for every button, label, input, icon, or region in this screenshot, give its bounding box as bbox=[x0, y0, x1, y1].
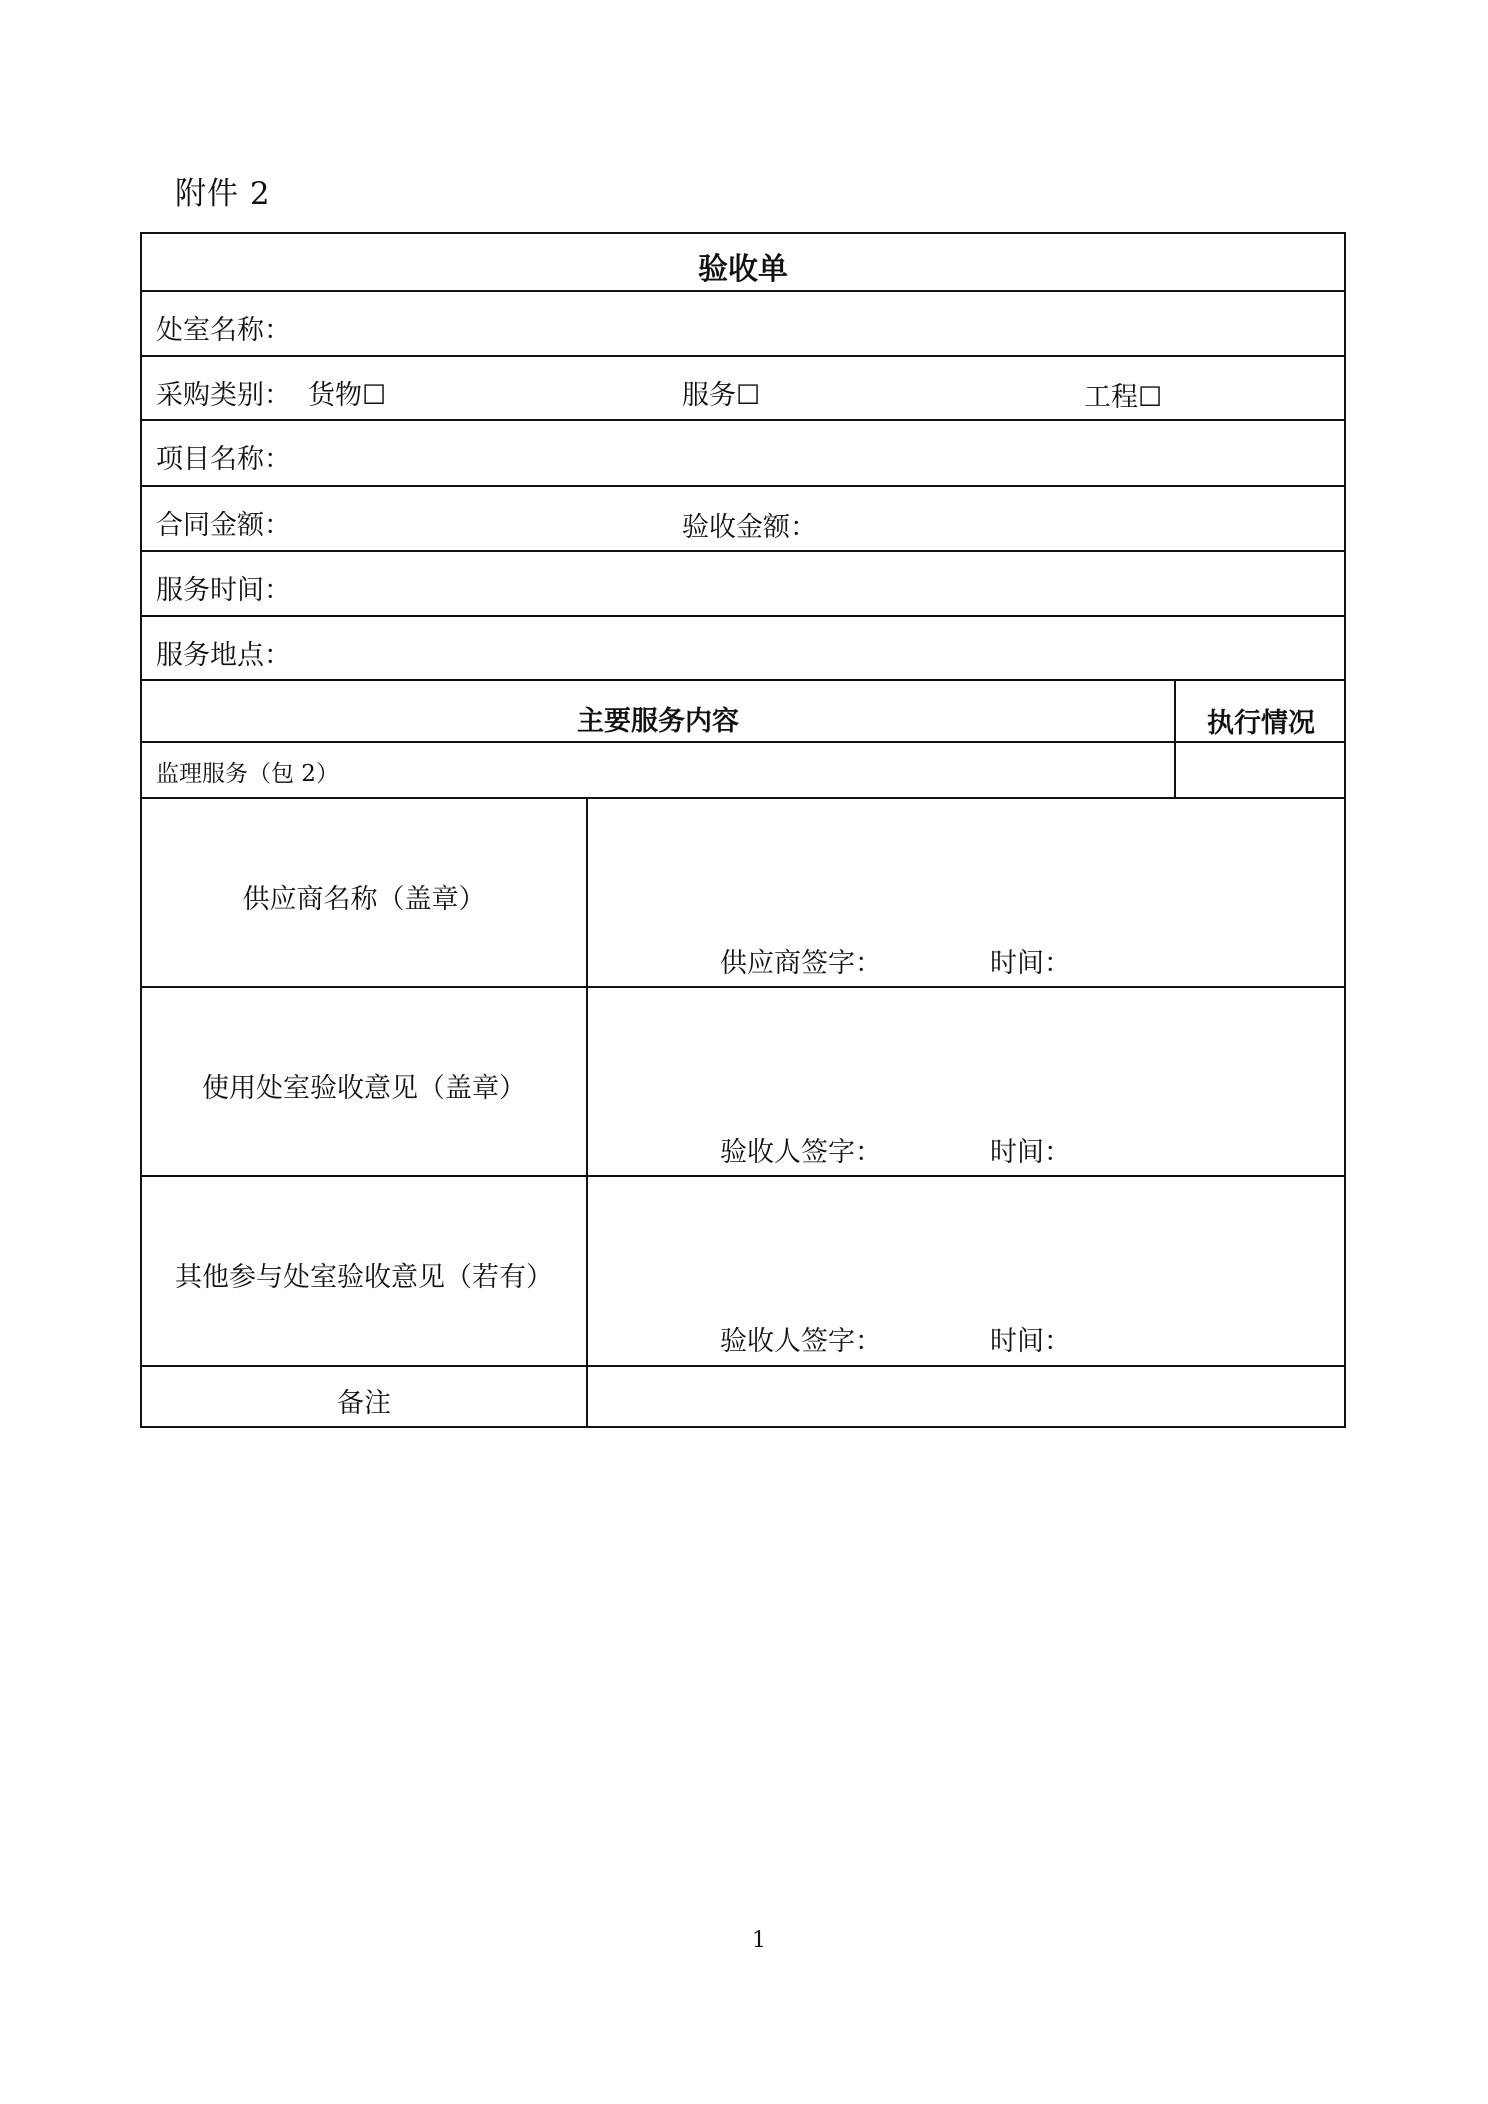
divider bbox=[1174, 743, 1176, 797]
project-name-label: 项目名称： bbox=[156, 437, 291, 476]
remarks-row: 备注 bbox=[142, 1367, 1344, 1428]
dept-opinion-label: 使用处室验收意见（盖章） bbox=[142, 1066, 586, 1105]
department-row: 处室名称： bbox=[142, 292, 1344, 357]
form-title: 验收单 bbox=[142, 244, 1344, 288]
amount-row: 合同金额： 验收金额： bbox=[142, 487, 1344, 552]
supplier-time-label: 时间： bbox=[990, 941, 1071, 980]
other-sign-label: 验收人签字： bbox=[720, 1319, 882, 1358]
department-label: 处室名称： bbox=[156, 308, 291, 347]
acceptance-form-table: 验收单 处室名称： 采购类别： 货物☐ 服务☐ 工程☐ 项目名称： 合同金额： … bbox=[140, 232, 1346, 1428]
divider bbox=[586, 988, 588, 1175]
content-item-row: 监理服务（包 2） bbox=[142, 743, 1344, 799]
acceptance-amount-label: 验收金额： bbox=[682, 505, 817, 544]
service-time-label: 服务时间： bbox=[156, 568, 291, 607]
status-header: 执行情况 bbox=[1176, 701, 1346, 740]
other-time-label: 时间： bbox=[990, 1319, 1071, 1358]
checkbox-engineering[interactable]: 工程☐ bbox=[1084, 375, 1162, 414]
contract-amount-label: 合同金额： bbox=[156, 503, 291, 542]
supplier-section-row: 供应商名称（盖章） 供应商签字： 时间： bbox=[142, 799, 1344, 988]
project-name-row: 项目名称： bbox=[142, 421, 1344, 487]
dept-time-label: 时间： bbox=[990, 1130, 1071, 1169]
attachment-label: 附件 2 bbox=[175, 168, 271, 213]
service-location-row: 服务地点： bbox=[142, 617, 1344, 681]
checkbox-goods[interactable]: 货物☐ bbox=[308, 373, 386, 412]
service-location-label: 服务地点： bbox=[156, 633, 291, 672]
procurement-row: 采购类别： 货物☐ 服务☐ 工程☐ bbox=[142, 357, 1344, 421]
page-number: 1 bbox=[752, 1928, 766, 1953]
content-header: 主要服务内容 bbox=[142, 699, 1174, 738]
procurement-label: 采购类别： bbox=[156, 373, 291, 412]
supplier-label: 供应商名称（盖章） bbox=[142, 877, 586, 916]
divider bbox=[586, 1177, 588, 1365]
dept-opinion-row: 使用处室验收意见（盖章） 验收人签字： 时间： bbox=[142, 988, 1344, 1177]
divider bbox=[586, 1367, 588, 1428]
supplier-sign-label: 供应商签字： bbox=[720, 941, 882, 980]
other-dept-opinion-row: 其他参与处室验收意见（若有） 验收人签字： 时间： bbox=[142, 1177, 1344, 1367]
dept-sign-label: 验收人签字： bbox=[720, 1130, 882, 1169]
content-item: 监理服务（包 2） bbox=[156, 755, 339, 788]
other-dept-opinion-label: 其他参与处室验收意见（若有） bbox=[142, 1255, 586, 1294]
remarks-label: 备注 bbox=[142, 1381, 586, 1420]
service-time-row: 服务时间： bbox=[142, 552, 1344, 617]
divider bbox=[586, 799, 588, 986]
checkbox-service[interactable]: 服务☐ bbox=[682, 373, 760, 412]
form-title-row: 验收单 bbox=[142, 234, 1344, 292]
content-header-row: 主要服务内容 执行情况 bbox=[142, 681, 1344, 743]
